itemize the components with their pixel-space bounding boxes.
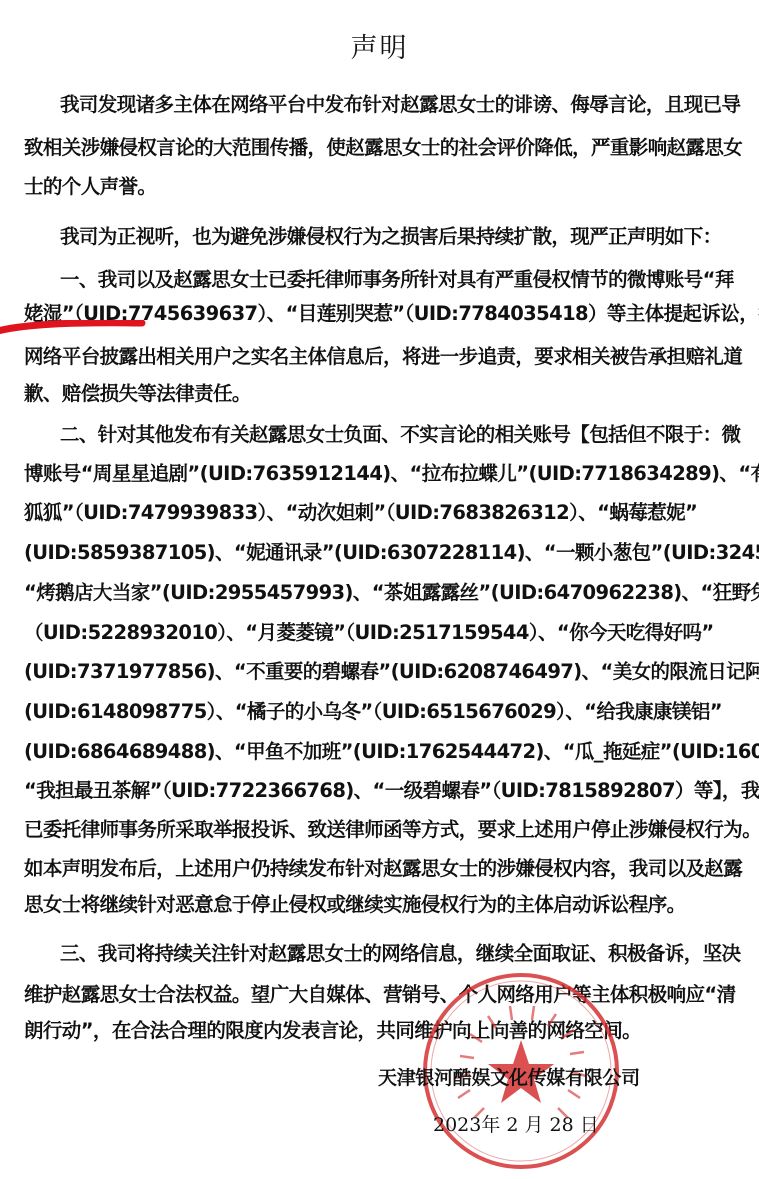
- statement-document: 声明 我司发现诸多主体在网络平台中发布针对赵露思女士的诽谤、侮辱言论，且现已导 …: [0, 0, 759, 1179]
- paragraph-line: 狐狐”（UID:7479939833）、“动次妲刺”（UID:768382631…: [24, 501, 736, 525]
- paragraph-line: 致相关涉嫌侵权言论的大范围传播，使赵露思女士的社会评价降低，严重影响赵露思女: [24, 136, 736, 160]
- paragraph-line: (UID:6864689488)、“甲鱼不加班”(UID:1762544472)…: [24, 740, 736, 764]
- company-signature: 天津银河酷娱文化传媒有限公司: [378, 1063, 640, 1090]
- paragraph-line: 思女士将继续针对恶意怠于停止侵权或继续实施侵权行为的主体启动诉讼程序。: [24, 893, 736, 917]
- paragraph-line: 歉、赔偿损失等法律责任。: [24, 382, 736, 406]
- paragraph-line: 二、针对其他发布有关赵露思女士负面、不实言论的相关账号【包括但不限于：微: [60, 423, 736, 447]
- paragraph-line: 士的个人声誉。: [24, 175, 736, 199]
- paragraph-line: 我司为正视听，也为避免涉嫌侵权行为之损害后果持续扩散，现严正声明如下：: [60, 225, 736, 249]
- paragraph-line: “烤鹅店大当家”(UID:2955457993)、“茶姐露露丝”(UID:647…: [24, 581, 736, 605]
- paragraph-line: （UID:5228932010）、“月菱菱镜”（UID:2517159544）、…: [24, 621, 736, 645]
- paragraph-line: “我担最丑茶解”（UID:7722366768)、“一级碧螺春”（UID:781…: [24, 779, 736, 803]
- paragraph-line: 网络平台披露出相关用户之实名主体信息后，将进一步追责，要求相关被告承担赔礼道: [24, 345, 736, 369]
- document-title: 声明: [0, 26, 759, 65]
- paragraph-line: (UID:5859387105)、“妮通讯录”(UID:6307228114)、…: [24, 541, 736, 565]
- red-highlight-stroke: [0, 320, 152, 334]
- paragraph-line: 已委托律师事务所采取举报投诉、致送律师函等方式，要求上述用户停止涉嫌侵权行为。: [24, 818, 736, 842]
- paragraph-line: (UID:6148098775）、“橘子的小乌冬”（UID:6515676029…: [24, 700, 736, 724]
- paragraph-line: 维护赵露思女士合法权益。望广大自媒体、营销号、个人网络用户等主体积极响应“清: [24, 983, 736, 1007]
- paragraph-line: 如本声明发布后，上述用户仍持续发布针对赵露思女士的涉嫌侵权内容，我司以及赵露: [24, 857, 736, 881]
- paragraph-line: 一、我司以及赵露思女士已委托律师事务所针对具有严重侵权情节的微博账号“拜: [60, 268, 736, 292]
- paragraph-line: 朗行动”，在合法合理的限度内发表言论，共同维护向上向善的网络空间。: [24, 1019, 736, 1043]
- document-date: 2023年 2 月 28 日: [433, 1110, 599, 1137]
- paragraph-line: 博账号“周星星追剧”(UID:7635912144)、“拉布拉蝶儿”(UID:7…: [24, 462, 736, 486]
- paragraph-line: 三、我司将持续关注针对赵露思女士的网络信息，继续全面取证、积极备诉，坚决: [60, 942, 736, 966]
- paragraph-line: 我司发现诸多主体在网络平台中发布针对赵露思女士的诽谤、侮辱言论，且现已导: [60, 93, 736, 117]
- paragraph-line: (UID:7371977856)、“不重要的碧螺春”(UID:620874649…: [24, 660, 736, 684]
